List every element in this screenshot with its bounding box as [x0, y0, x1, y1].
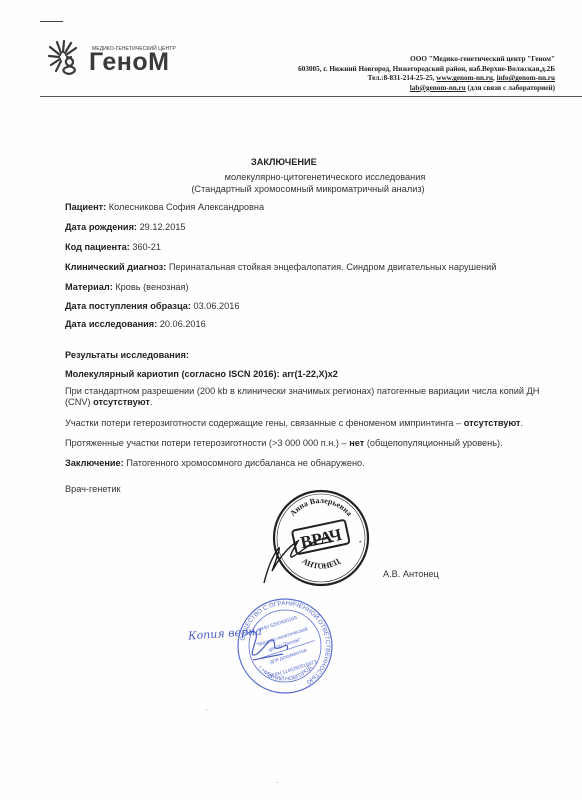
doctor-signature: [258, 527, 348, 587]
dna-logo-icon: [47, 39, 81, 75]
field-label: Дата рождения:: [65, 222, 137, 232]
scan-speck: [277, 782, 278, 783]
document-subtitle-1: молекулярно-цитогенетического исследован…: [0, 172, 582, 182]
cnv-status: отсутствуют: [93, 397, 150, 407]
cnv-text-line-1: При стандартном разрешении (200 kb в кли…: [65, 386, 539, 396]
phone: Тел.:8-831-214-25-25,: [368, 74, 435, 82]
field-study-date: Дата исследования: 20.06.2016: [65, 319, 206, 329]
conclusion-paragraph: Заключение: Патогенного хромосомного дис…: [65, 458, 365, 469]
field-label: Пациент:: [65, 202, 106, 212]
field-value: Кровь (венозная): [115, 282, 188, 292]
logo-name: ГеноМ: [89, 50, 170, 75]
field-value: Колесникова София Александровна: [109, 202, 264, 212]
imprinting-end: .: [520, 418, 523, 428]
conclusion-label: Заключение:: [65, 458, 124, 468]
email-lab-note: (для связи с лабораторией): [468, 84, 555, 92]
org-name: ООО "Медико-генетический центр "Геном": [298, 55, 555, 65]
field-label: Дата исследования:: [65, 319, 157, 329]
field-patient: Пациент: Колесникова София Александровна: [65, 202, 264, 212]
org-lab-line: lab@genom-nn.ru (для связи с лабораторие…: [298, 84, 555, 94]
document-page: МЕДИКО-ГЕНЕТИЧЕСКИЙ ЦЕНТР ГеноМ ООО "Мед…: [0, 0, 582, 800]
field-value: Перинатальная стойкая энцефалопатия. Син…: [169, 262, 497, 272]
header-dash: [40, 21, 63, 22]
karyotype-value: arr(1-22,X)x2: [282, 369, 338, 379]
field-value: 29.12.2015: [140, 222, 186, 232]
field-value: 03.06.2016: [193, 301, 239, 311]
cnv-text-line-2: (CNV): [65, 397, 91, 407]
field-material: Материал: Кровь (венозная): [65, 282, 189, 292]
email-lab-link[interactable]: lab@genom-nn.ru: [410, 84, 466, 92]
header-divider: [40, 96, 582, 97]
results-heading: Результаты исследования:: [65, 350, 189, 360]
loh-end: (общепопуляционный уровень).: [367, 438, 503, 448]
field-label: Клинический диагноз:: [65, 262, 166, 272]
doctor-role: Врач-генетик: [65, 484, 121, 494]
results-heading-text: Результаты исследования:: [65, 350, 189, 360]
field-label: Дата поступления образца:: [65, 301, 191, 311]
certifier-signature: [243, 624, 293, 664]
field-patient-code: Код пациента: 360-21: [65, 242, 161, 252]
scan-speck: [206, 709, 207, 710]
field-value: 360-21: [132, 242, 161, 252]
loh-text: Протяженные участки потери гетерозиготно…: [65, 438, 347, 448]
cnv-end: .: [150, 397, 153, 407]
email-info-link[interactable]: info@genom-nn.ru: [497, 74, 555, 82]
loh-status: нет: [349, 438, 364, 448]
org-contacts: ООО "Медико-генетический центр "Геном" 6…: [298, 55, 555, 93]
field-sample-date: Дата поступления образца: 03.06.2016: [65, 301, 239, 311]
loh-paragraph: Протяженные участки потери гетерозиготно…: [65, 438, 503, 449]
field-diagnosis: Клинический диагноз: Перинатальная стойк…: [65, 262, 496, 272]
svg-text:Анна Валерьевна: Анна Валерьевна: [288, 496, 354, 518]
imprinting-status: отсутствуют: [464, 418, 521, 428]
org-address: 603005, г. Нижний Новгород, Нижегородски…: [298, 65, 555, 75]
karyotype-line: Молекулярный кариотип (согласно ISCN 201…: [65, 369, 338, 379]
org-phone-line: Тел.:8-831-214-25-25, www.genom-nn.ru, i…: [298, 74, 555, 84]
cnv-paragraph: При стандартном разрешении (200 kb в кли…: [65, 386, 539, 408]
field-label: Код пациента:: [65, 242, 130, 252]
document-title: ЗАКЛЮЧЕНИЕ: [251, 157, 317, 167]
doctor-name: А.В. Антонец: [383, 569, 439, 579]
field-value: 20.06.2016: [160, 319, 206, 329]
imprinting-text: Участки потери гетерозиготности содержащ…: [65, 418, 461, 428]
field-birth-date: Дата рождения: 29.12.2015: [65, 222, 186, 232]
document-subtitle-2: (Стандартный хромосомный микроматричный …: [0, 184, 582, 194]
karyotype-label: Молекулярный кариотип (согласно ISCN 201…: [65, 369, 280, 379]
conclusion-value: Патогенного хромосомного дисбаланса не о…: [126, 458, 364, 468]
svg-text:*: *: [359, 541, 362, 547]
imprinting-paragraph: Участки потери гетерозиготности содержащ…: [65, 418, 523, 429]
website-link[interactable]: www.genom-nn.ru: [436, 74, 493, 82]
field-label: Материал:: [65, 282, 113, 292]
